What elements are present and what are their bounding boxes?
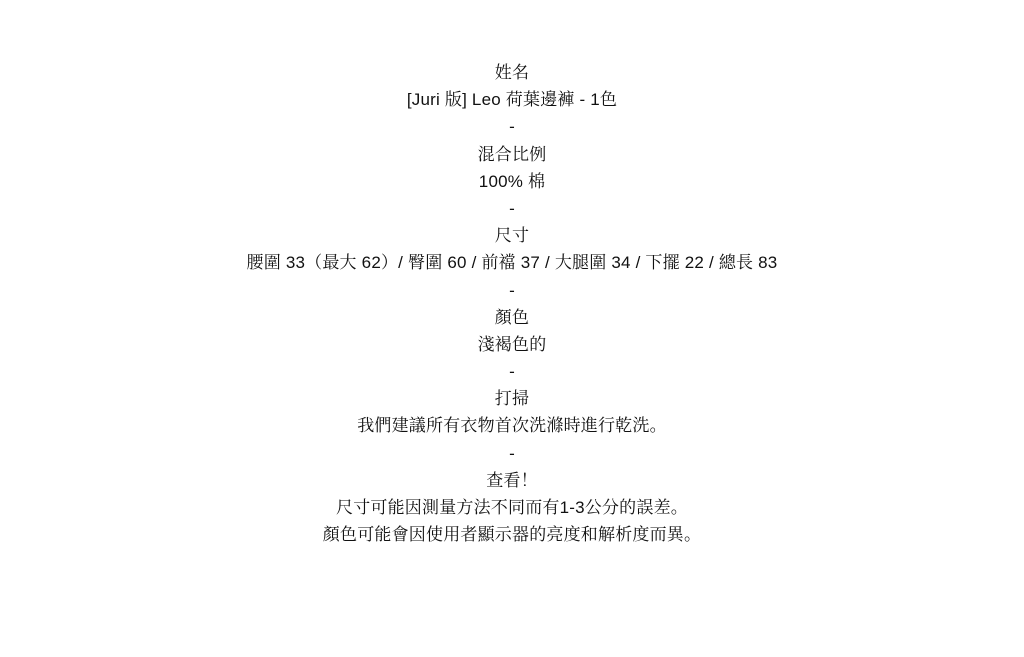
size-measurements: 腰圍 33（最大 62）/ 臀圍 60 / 前襠 37 / 大腿圍 34 / 下…	[0, 249, 1024, 276]
notice-heading: 查看！	[0, 467, 1024, 494]
separator: -	[0, 358, 1024, 385]
notice-size-tolerance: 尺寸可能因測量方法不同而有1-3公分的誤差。	[0, 494, 1024, 521]
blend-heading: 混合比例	[0, 141, 1024, 168]
separator: -	[0, 113, 1024, 140]
separator: -	[0, 440, 1024, 467]
care-instructions: 我們建議所有衣物首次洗滌時進行乾洗。	[0, 412, 1024, 439]
separator: -	[0, 195, 1024, 222]
separator: -	[0, 277, 1024, 304]
name-heading: 姓名	[0, 59, 1024, 86]
color-heading: 顏色	[0, 304, 1024, 331]
product-info-document: 姓名 [Juri 版] Leo 荷葉邊褲 - 1色 - 混合比例 100% 棉 …	[0, 59, 1024, 548]
size-heading: 尺寸	[0, 222, 1024, 249]
notice-color-variance: 顏色可能會因使用者顯示器的亮度和解析度而異。	[0, 521, 1024, 548]
blend-value: 100% 棉	[0, 168, 1024, 195]
color-value: 淺褐色的	[0, 331, 1024, 358]
care-heading: 打掃	[0, 385, 1024, 412]
product-name: [Juri 版] Leo 荷葉邊褲 - 1色	[0, 86, 1024, 113]
